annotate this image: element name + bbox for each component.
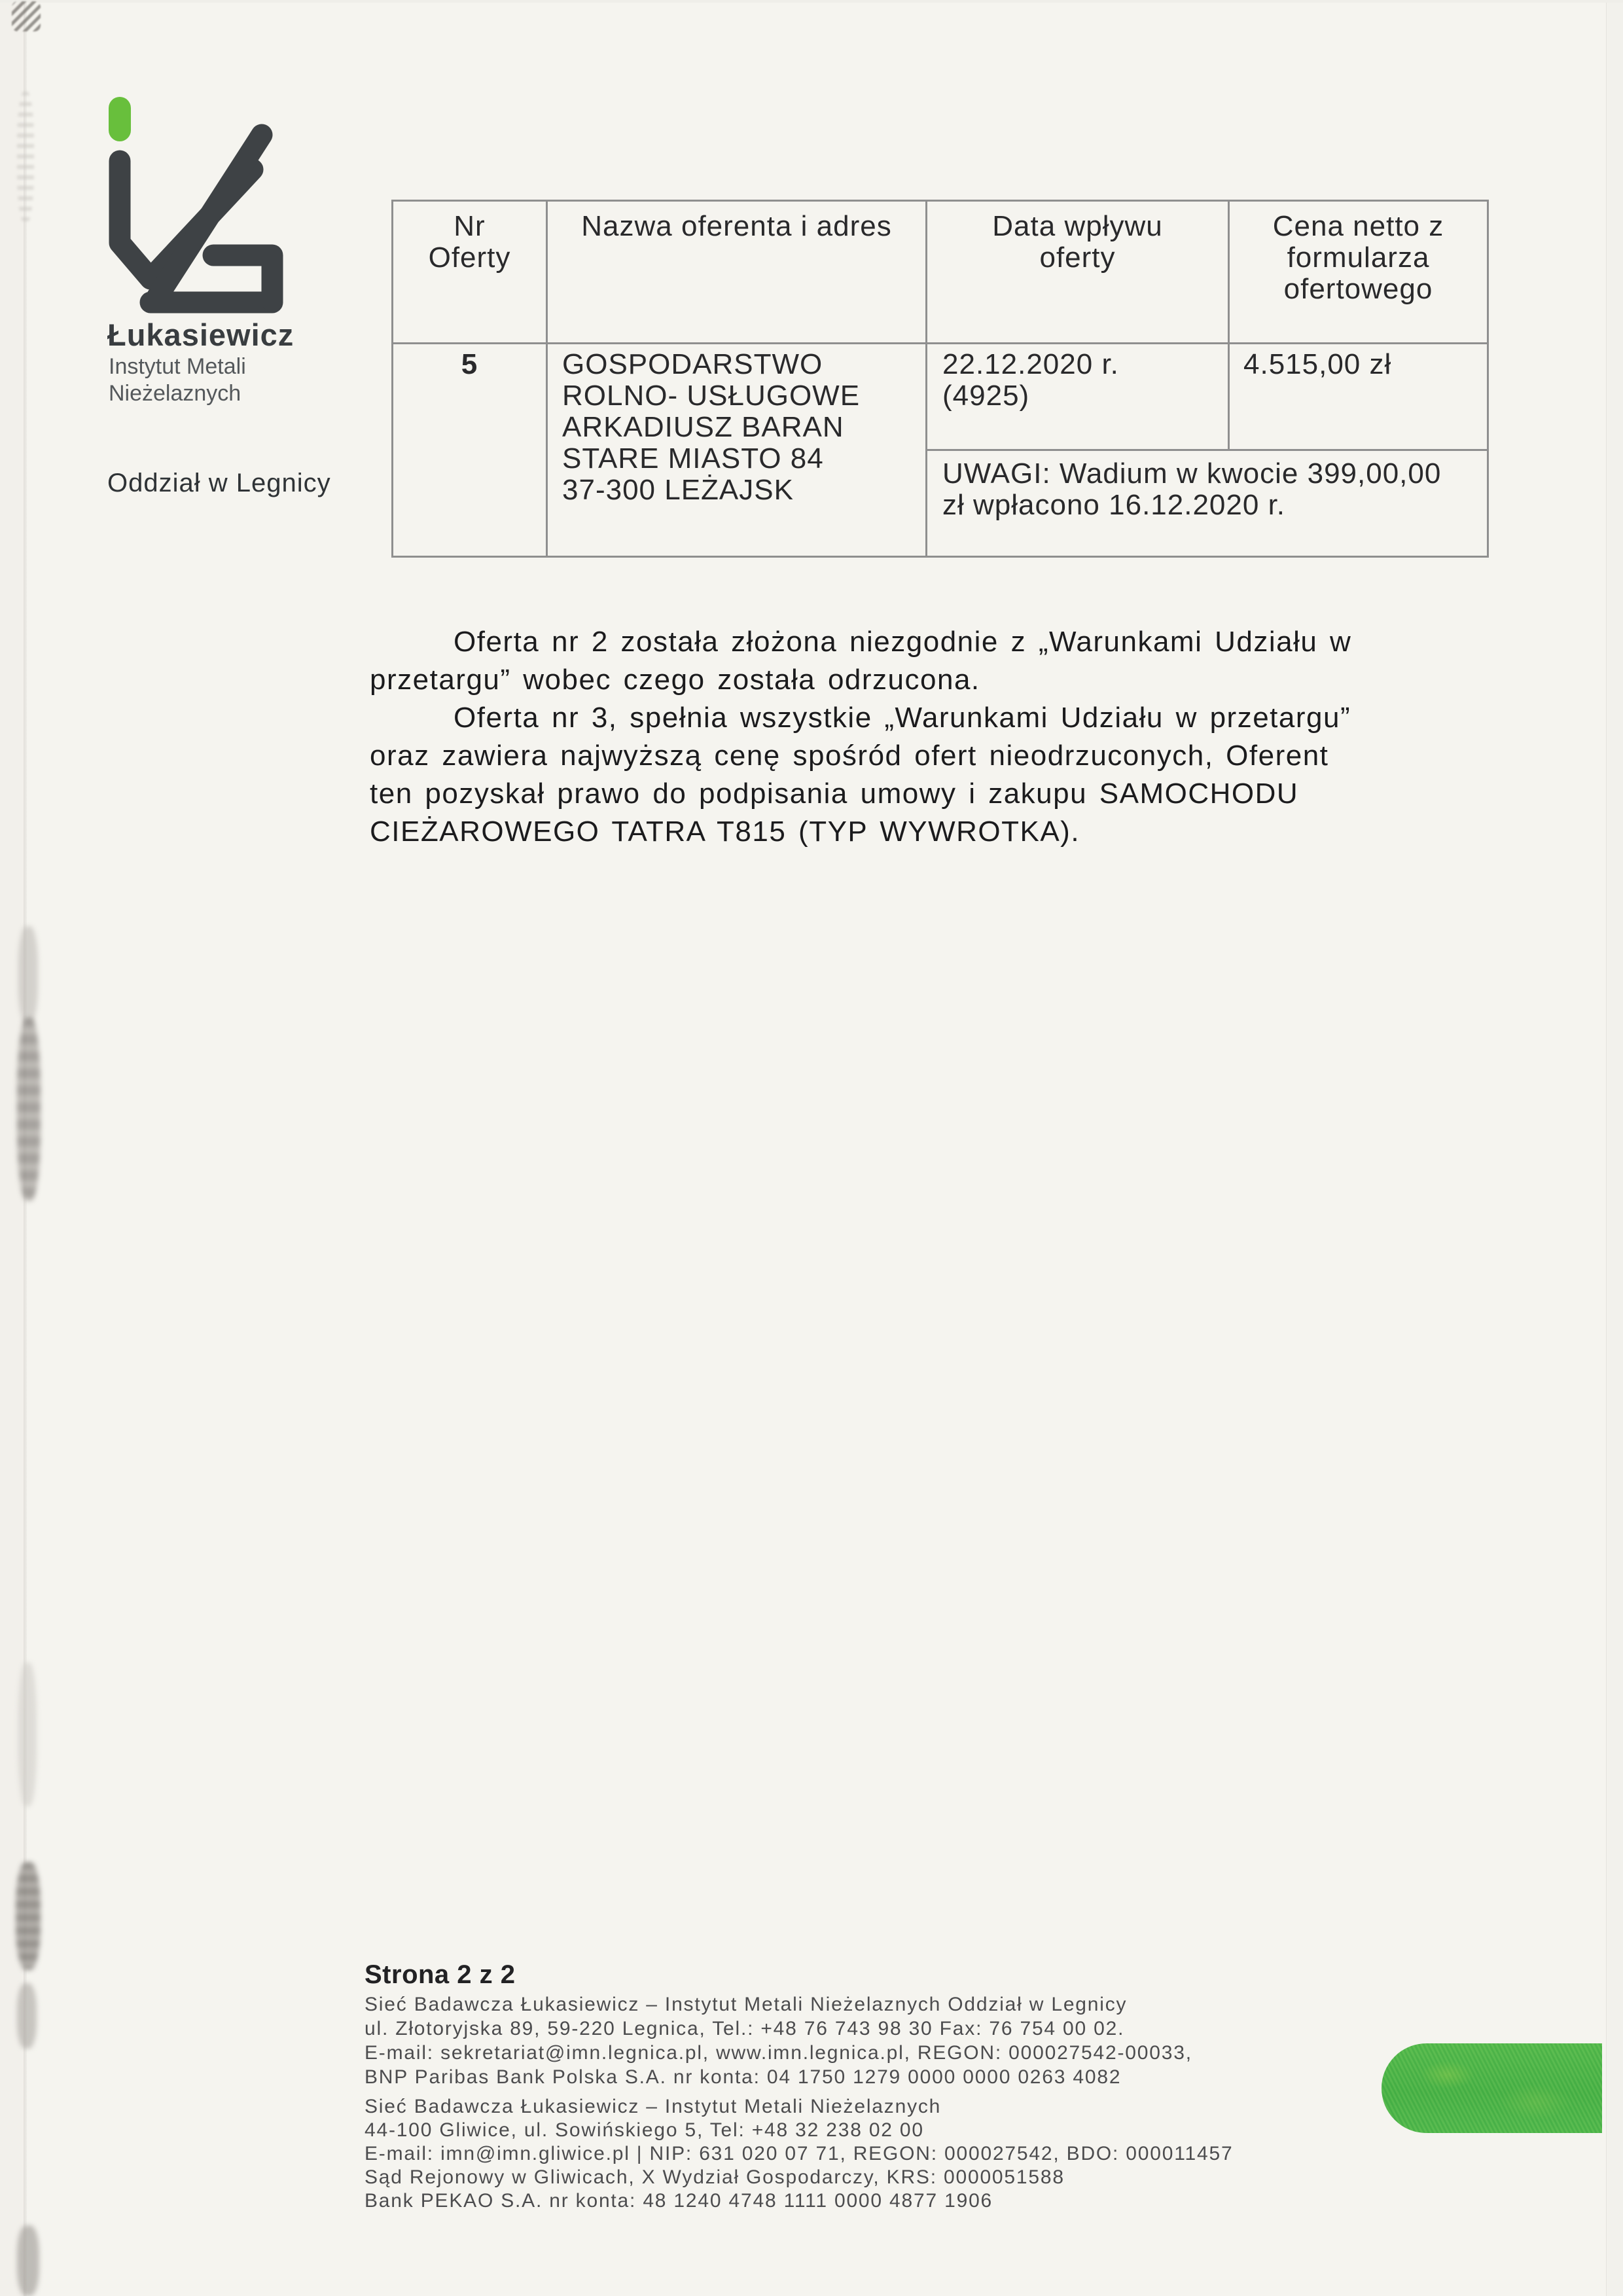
table-header-cell-date: Data wpływu oferty xyxy=(927,211,1228,274)
scan-right-edge xyxy=(1606,0,1623,2296)
cell-offer-nr: 5 xyxy=(393,349,546,380)
cell-offer-remarks: UWAGI: Wadium w kwocie 399,00,00 zł wpła… xyxy=(942,458,1476,521)
cell-offer-price: 4.515,00 zł xyxy=(1243,349,1479,380)
table-header-cell-nr: Nr Oferty xyxy=(393,211,546,274)
scan-smudge xyxy=(18,926,38,1024)
table-header-cell-name: Nazwa oferenta i adres xyxy=(548,211,925,242)
logo-pencil-diagonal xyxy=(157,135,262,297)
table-header-cell-price: Cena netto z formularza ofertowego xyxy=(1230,211,1487,305)
institute-name: Instytut Metali Nieżelaznych xyxy=(109,353,246,407)
logo-green-dot xyxy=(109,97,131,141)
scan-smudge xyxy=(12,1,41,31)
scan-smudge xyxy=(17,92,34,223)
scan-smudge xyxy=(17,2225,39,2296)
scan-smudge xyxy=(18,1662,37,1806)
table-border-remarks-top xyxy=(925,449,1487,451)
decision-paragraph-2: Oferta nr 3, spełnia wszystkie „Warunkam… xyxy=(370,699,1548,851)
lukasiewicz-logo-mark xyxy=(97,96,293,318)
branch-name: Oddział w Legnicy xyxy=(107,469,331,498)
cell-offer-name: GOSPODARSTWO ROLNO- USŁUGOWE ARKADIUSZ B… xyxy=(562,349,916,506)
footer-legnica-block: Sieć Badawcza Łukasiewicz – Instytut Met… xyxy=(365,1992,1556,2089)
table-border-vertical xyxy=(546,202,548,556)
decision-paragraph-1: Oferta nr 2 została złożona niezgodnie z… xyxy=(370,623,1548,699)
page-number: Strona 2 z 2 xyxy=(365,1960,516,1990)
footer-gliwice-block: Sieć Badawcza Łukasiewicz – Instytut Met… xyxy=(365,2095,1556,2213)
offers-table: Nr Oferty Nazwa oferenta i adres Data wp… xyxy=(391,200,1489,558)
scan-smudge xyxy=(17,1983,37,2049)
scanned-document-page: Łukasiewicz Instytut Metali Nieżelaznych… xyxy=(0,0,1623,2296)
green-sticker xyxy=(1382,2043,1602,2133)
scan-smudge xyxy=(16,1862,41,1970)
table-border-header-bottom xyxy=(393,342,1487,344)
brand-name: Łukasiewicz xyxy=(107,317,294,353)
cell-offer-date: 22.12.2020 r. (4925) xyxy=(942,349,1224,412)
decision-text: Oferta nr 2 została złożona niezgodnie z… xyxy=(370,623,1548,851)
scan-smudge xyxy=(17,1018,41,1201)
scan-top-edge xyxy=(0,0,1623,3)
